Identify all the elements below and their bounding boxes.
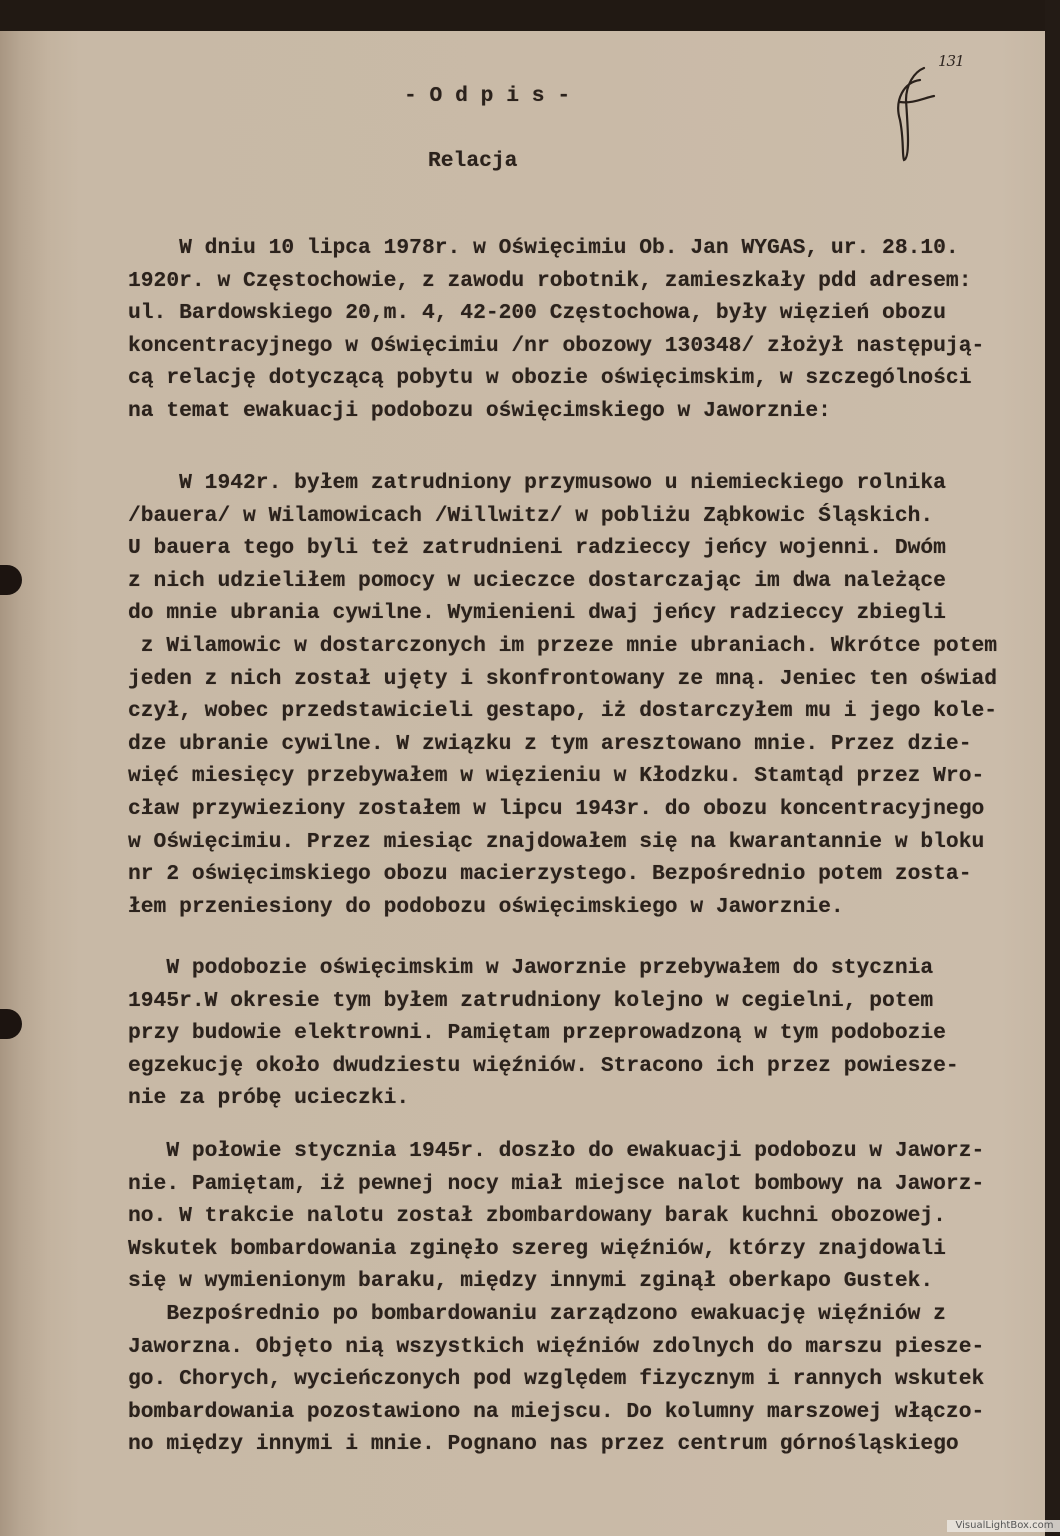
paragraph-line: nr 2 oświęcimskiego obozu macierzystego.… [128,858,997,891]
paragraph-line: więć miesięcy przebywałem w więzieniu w … [128,760,997,793]
paragraph-line: W dniu 10 lipca 1978r. w Oświęcimiu Ob. … [128,232,984,265]
paragraph-line: no. W trakcie nalotu został zbombardowan… [128,1200,984,1233]
paragraph-line: nie. Pamiętam, iż pewnej nocy miał miejs… [128,1168,984,1201]
paragraph-line: koncentracyjnego w Oświęcimiu /nr obozow… [128,330,984,363]
punch-hole [0,565,22,595]
paragraph-line: do mnie ubrania cywilne. Wymienieni dwaj… [128,597,997,630]
paragraph-line: łem przeniesiony do podobozu oświęcimski… [128,891,997,924]
paragraph-line: na temat ewakuacji podobozu oświęcimskie… [128,395,984,428]
paragraph-line: 1920r. w Częstochowie, z zawodu robotnik… [128,265,984,298]
paragraph-line: cą relację dotyczącą pobytu w obozie ośw… [128,362,984,395]
paragraph: Bezpośrednio po bombardowaniu zarządzono… [128,1298,984,1461]
paragraph-line: go. Chorych, wycieńczonych pod względem … [128,1363,984,1396]
paragraph-line: czył, wobec przedstawicieli gestapo, iż … [128,695,997,728]
paragraph-line: U bauera tego byli też zatrudnieni radzi… [128,532,997,565]
paragraph-line: Jaworzna. Objęto nią wszystkich więźniów… [128,1331,984,1364]
paragraph-line: przy budowie elektrowni. Pamiętam przepr… [128,1017,959,1050]
document-title: - O d p i s - [404,80,570,113]
handwritten-signature-icon [882,60,962,170]
paragraph-line: jeden z nich został ujęty i skonfrontowa… [128,663,997,696]
paragraph-line: Wskutek bombardowania zginęło szereg wię… [128,1233,984,1266]
paragraph-line: bombardowania pozostawiono na miejscu. D… [128,1396,984,1429]
punch-hole [0,1009,22,1039]
paragraph-line: dze ubranie cywilne. W związku z tym are… [128,728,997,761]
paragraph-line: egzekucję około dwudziestu więźniów. Str… [128,1050,959,1083]
paragraph-line: ul. Bardowskiego 20,m. 4, 42-200 Częstoc… [128,297,984,330]
paragraph-line: nie za próbę ucieczki. [128,1082,959,1115]
paragraph-line: W połowie stycznia 1945r. doszło do ewak… [128,1135,984,1168]
paragraph-line: w Oświęcimiu. Przez miesiąc znajdowałem … [128,826,997,859]
paragraph-line: z nich udzieliłem pomocy w ucieczce dost… [128,565,997,598]
watermark: VisualLightBox.com [947,1520,1060,1532]
paragraph-line: cław przywieziony zostałem w lipcu 1943r… [128,793,997,826]
paragraph: W połowie stycznia 1945r. doszło do ewak… [128,1135,984,1298]
paragraph-line: się w wymienionym baraku, między innymi … [128,1265,984,1298]
paragraph: W dniu 10 lipca 1978r. w Oświęcimiu Ob. … [128,232,984,428]
paragraph-line: W 1942r. byłem zatrudniony przymusowo u … [128,467,997,500]
handwritten-page-number: 131 [938,52,964,70]
paragraph: W podobozie oświęcimskim w Jaworznie prz… [128,952,959,1115]
paragraph: W 1942r. byłem zatrudniony przymusowo u … [128,467,997,923]
scan-top-border [0,0,1060,31]
scan-right-border [1045,0,1060,1536]
paragraph-line: W podobozie oświęcimskim w Jaworznie prz… [128,952,959,985]
paragraph-line: /bauera/ w Wilamowicach /Willwitz/ w pob… [128,500,997,533]
paragraph-line: z Wilamowic w dostarczonych im przeze mn… [128,630,997,663]
paragraph-line: Bezpośrednio po bombardowaniu zarządzono… [128,1298,984,1331]
paragraph-line: 1945r.W okresie tym byłem zatrudniony ko… [128,985,959,1018]
paragraph-line: no między innymi i mnie. Pognano nas prz… [128,1428,984,1461]
document-subtitle: Relacja [428,145,517,178]
